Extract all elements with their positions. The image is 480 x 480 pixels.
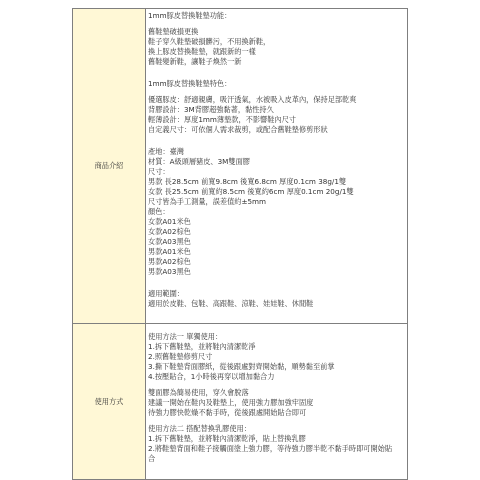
content-product-intro: 1mm豚皮替換鞋墊功能： 舊鞋墊破損更換 鞋子穿久鞋墊破損髒污，不用換新鞋， 換… — [146, 9, 408, 324]
text-line: 背膠設計：3M背膠超強黏著，黏性持久 — [148, 105, 404, 115]
label-product-intro: 商品介紹 — [73, 9, 146, 324]
content-usage: 使用方法一 單獨使用： 1.拆下舊鞋墊，並將鞋內清潔乾淨 2.照舊鞋墊修剪尺寸 … — [146, 324, 408, 480]
text-line: 建議一開始在鞋內及鞋墊上，使用強力膠加強牢固度 — [148, 398, 404, 408]
text-line: 優選豚皮：舒適親膚，吸汗透氣，水被吸入皮革內，保持足部乾爽 — [148, 95, 404, 105]
product-spec-table: 商品介紹 1mm豚皮替換鞋墊功能： 舊鞋墊破損更換 鞋子穿久鞋墊破損髒污，不用換… — [72, 8, 408, 480]
label-usage: 使用方式 — [73, 324, 146, 480]
text-line: 尺寸皆為手工測量，誤差值約±5mm — [148, 197, 404, 207]
text-line: 舊鞋墊破損更換 — [148, 27, 404, 37]
text-line: 合 — [148, 454, 404, 464]
text-line: 適用於皮鞋、包鞋、高跟鞋、涼鞋、娃娃鞋、休閒鞋 — [148, 299, 404, 309]
text-line: 男款A01米色 — [148, 247, 404, 257]
section-title: 產地：臺灣 — [148, 147, 404, 157]
section-title: 使用方法二 搭配替換乳膠使用： — [148, 424, 404, 434]
text-line: 女款A02棕色 — [148, 227, 404, 237]
text-line: 男款 長28.5cm 前寬9.8cm 後寬6.8cm 厚度0.1cm 38g/1… — [148, 177, 404, 187]
text-line: 女款A01米色 — [148, 217, 404, 227]
text-line: 女款 長25.5cm 前寬約8.5cm 後寬約6cm 厚度0.1cm 20g/1… — [148, 187, 404, 197]
text-line: 換上豚皮替換鞋墊，就跟新的一樣 — [148, 47, 404, 57]
text-line: 女款A03黑色 — [148, 237, 404, 247]
text-line: 1.拆下舊鞋墊，並將鞋內清潔乾淨 — [148, 342, 404, 352]
section-title: 適用範圍： — [148, 289, 404, 299]
text-line: 待強力膠快乾燥不黏手時，從後跟處開始貼合即可 — [148, 408, 404, 418]
table-row-usage: 使用方式 使用方法一 單獨使用： 1.拆下舊鞋墊，並將鞋內清潔乾淨 2.照舊鞋墊… — [73, 324, 408, 480]
text-line: 材質：A級頭層豬皮、3M雙面膠 — [148, 157, 404, 167]
text-line: 2.將鞋墊背面和鞋子接觸面塗上強力膠，等待強力膠半乾不黏手時即可開始貼 — [148, 444, 404, 454]
text-line: 男款A03黑色 — [148, 267, 404, 277]
section-title: 1mm豚皮替換鞋墊特色： — [148, 79, 404, 89]
text-line: 1.拆下舊鞋墊，並將鞋內清潔乾淨，貼上替換乳膠 — [148, 434, 404, 444]
text-line: 輕薄設計：厚度1mm薄墊款，不影響鞋內尺寸 — [148, 115, 404, 125]
text-line: 尺寸： — [148, 167, 404, 177]
text-line: 鞋子穿久鞋墊破損髒污，不用換新鞋， — [148, 37, 404, 47]
table-row-product-intro: 商品介紹 1mm豚皮替換鞋墊功能： 舊鞋墊破損更換 鞋子穿久鞋墊破損髒污，不用換… — [73, 9, 408, 324]
text-line: 2.照舊鞋墊修剪尺寸 — [148, 352, 404, 362]
section-title: 1mm豚皮替換鞋墊功能： — [148, 11, 404, 21]
text-line: 顏色： — [148, 207, 404, 217]
section-title: 使用方法一 單獨使用： — [148, 332, 404, 342]
text-line: 舊鞋變新鞋，讓鞋子煥然一新 — [148, 57, 404, 67]
section-title: 雙面膠為簡易使用，穿久會脫落 — [148, 388, 404, 398]
text-line: 4.按壓貼合，1小時後再穿以增加黏合力 — [148, 372, 404, 382]
text-line: 自定義尺寸：可依個人需求裁剪，或配合舊鞋墊修剪形狀 — [148, 125, 404, 135]
text-line: 3.撕下鞋墊背面膠紙，從後跟處對齊開始黏，順勢黏至前掌 — [148, 362, 404, 372]
text-line: 男款A02棕色 — [148, 257, 404, 267]
